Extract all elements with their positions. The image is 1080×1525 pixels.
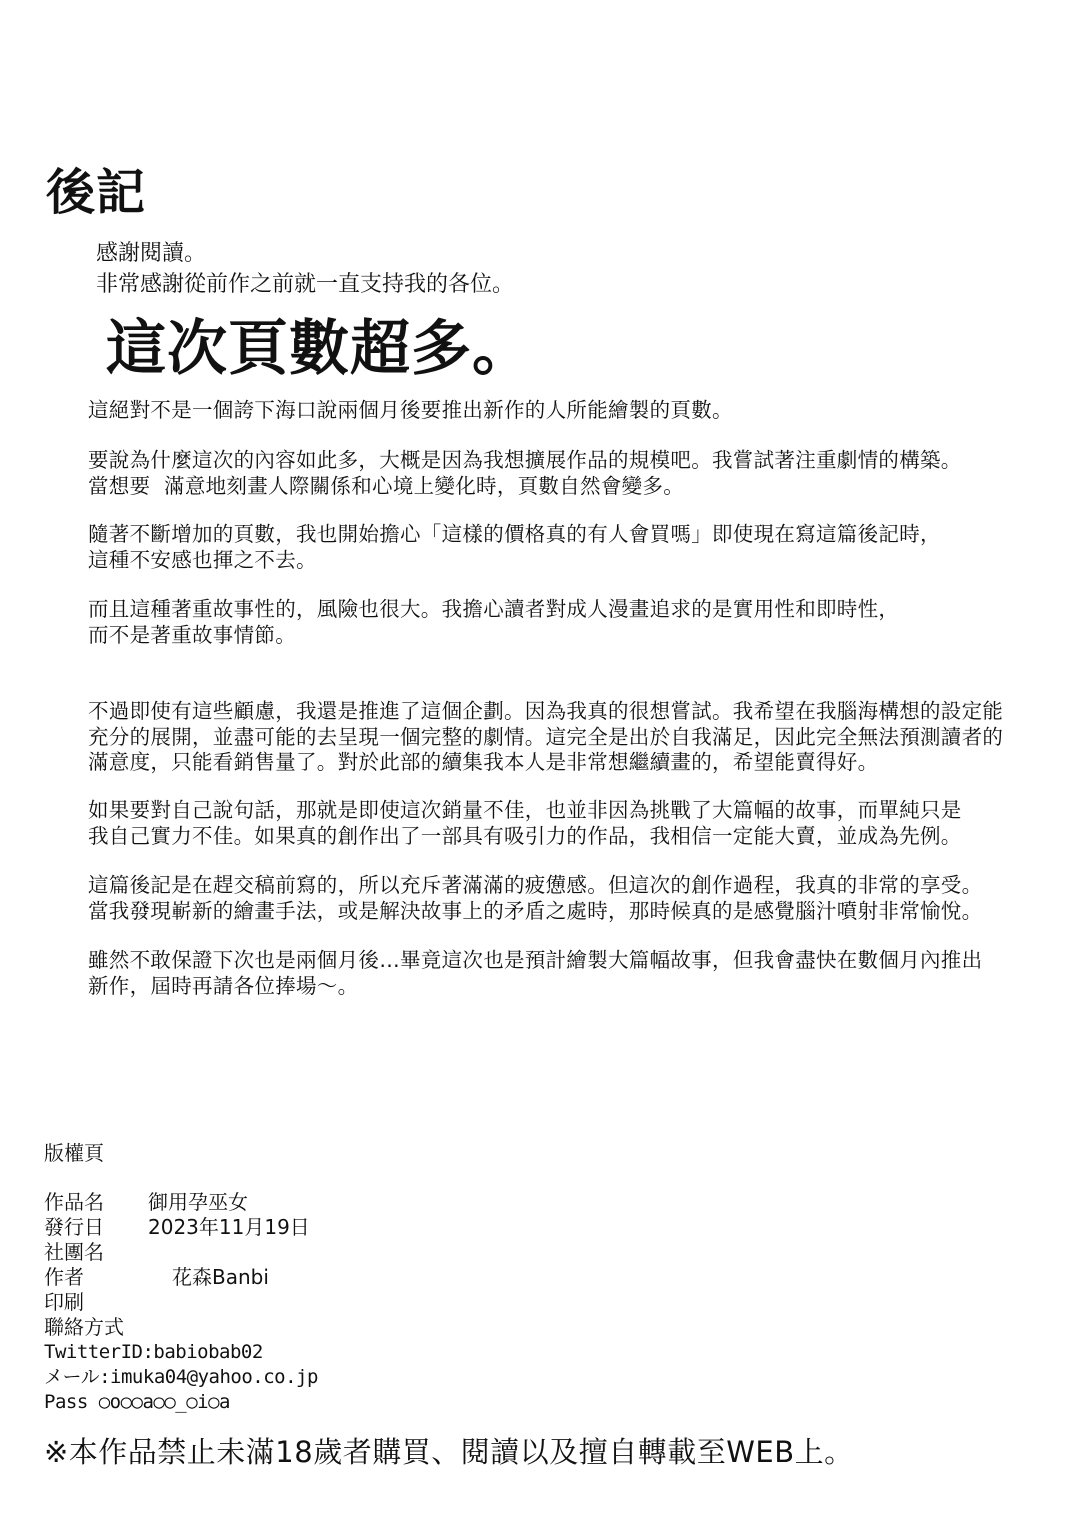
- colophon-row-author: 作者 花森Banbi: [44, 1265, 318, 1290]
- paragraph-6: 如果要對自己說句話，那就是即使這次銷量不佳，也並非因為挑戰了大篇幅的故事，而單純…: [88, 798, 962, 849]
- paragraph-line: 我自己實力不佳。如果真的創作出了一部具有吸引力的作品，我相信一定能大賣，並成為先…: [88, 824, 962, 850]
- colophon-row-date: 發行日 2023年11月19日: [44, 1215, 318, 1240]
- paragraph-line: 充分的展開，並盡可能的去呈現一個完整的劇情。這完全是出於自我滿足，因此完全無法預…: [88, 725, 1003, 751]
- paragraph-line: 要說為什麼這次的內容如此多，大概是因為我想擴展作品的規模吧。我嘗試著注重劇情的構…: [88, 448, 962, 474]
- paragraph-8: 雖然不敢保證下次也是兩個月後…畢竟這次也是預計繪製大篇幅故事，但我會盡快在數個月…: [88, 948, 982, 999]
- thanks-line: 感謝閱讀。: [96, 238, 514, 269]
- colophon-label: 聯絡方式: [44, 1315, 148, 1340]
- paragraph-line: 隨著不斷增加的頁數，我也開始擔心「這樣的價格真的有人會買嗎」即使現在寫這篇後記時…: [88, 522, 941, 548]
- paragraph-2: 要說為什麼這次的內容如此多，大概是因為我想擴展作品的規模吧。我嘗試著注重劇情的構…: [88, 448, 962, 499]
- email-address: メール:imuka04@yahoo.co.jp: [44, 1365, 318, 1390]
- paragraph-line: 當我發現嶄新的繪畫手法，或是解決故事上的矛盾之處時，那時候真的是感覺腦汁噴射非常…: [88, 899, 982, 925]
- twitter-id: TwitterID:babiobab02: [44, 1340, 318, 1365]
- colophon-label: 印刷: [44, 1290, 148, 1315]
- colophon-label: 作者: [44, 1265, 148, 1290]
- pass-text: Pass ○o○○a○○_○i○a: [44, 1390, 318, 1415]
- paragraph-4: 而且這種著重故事性的，風險也很大。我擔心讀者對成人漫畫追求的是實用性和即時性， …: [88, 597, 899, 648]
- paragraph-line: 這篇後記是在趕交稿前寫的，所以充斥著滿滿的疲憊感。但這次的創作過程，我真的非常的…: [88, 873, 982, 899]
- colophon-value: 2023年11月19日: [148, 1215, 310, 1240]
- colophon-value: 花森Banbi: [148, 1265, 269, 1290]
- paragraph-line: 如果要對自己說句話，那就是即使這次銷量不佳，也並非因為挑戰了大篇幅的故事，而單純…: [88, 798, 962, 824]
- paragraph-line: 而不是著重故事情節。: [88, 623, 899, 649]
- page-title: 後記: [46, 160, 146, 224]
- colophon-value: 御用孕巫女: [148, 1190, 248, 1215]
- paragraph-line: 這種不安感也揮之不去。: [88, 548, 941, 574]
- paragraph-line: 而且這種著重故事性的，風險也很大。我擔心讀者對成人漫畫追求的是實用性和即時性，: [88, 597, 899, 623]
- thanks-line: 非常感謝從前作之前就一直支持我的各位。: [96, 269, 514, 300]
- paragraph-line: 當想要 滿意地刻畫人際關係和心境上變化時，頁數自然會變多。: [88, 474, 962, 500]
- colophon-row-circle: 社團名: [44, 1240, 318, 1265]
- colophon-row-contact: 聯絡方式: [44, 1315, 318, 1340]
- paragraph-1: 這絕對不是一個誇下海口說兩個月後要推出新作的人所能繪製的頁數。: [88, 398, 733, 424]
- colophon-table: 作品名 御用孕巫女 發行日 2023年11月19日 社團名 作者 花森Banbi…: [44, 1190, 318, 1415]
- paragraph-7: 這篇後記是在趕交稿前寫的，所以充斥著滿滿的疲憊感。但這次的創作過程，我真的非常的…: [88, 873, 982, 924]
- colophon-row-printing: 印刷: [44, 1290, 318, 1315]
- paragraph-line: 不過即使有這些顧慮，我還是推進了這個企劃。因為我真的很想嘗試。我希望在我腦海構想…: [88, 699, 1003, 725]
- thanks-block: 感謝閱讀。 非常感謝從前作之前就一直支持我的各位。: [96, 238, 514, 300]
- colophon-label: 作品名: [44, 1190, 148, 1215]
- colophon-label: 社團名: [44, 1240, 148, 1265]
- paragraph-line: 雖然不敢保證下次也是兩個月後…畢竟這次也是預計繪製大篇幅故事，但我會盡快在數個月…: [88, 948, 982, 974]
- age-restriction-notice: ※本作品禁止未滿18歲者購買、閱讀以及擅自轉載至WEB上。: [44, 1432, 854, 1472]
- colophon-label: 發行日: [44, 1215, 148, 1240]
- paragraph-3: 隨著不斷增加的頁數，我也開始擔心「這樣的價格真的有人會買嗎」即使現在寫這篇後記時…: [88, 522, 941, 573]
- paragraph-5: 不過即使有這些顧慮，我還是推進了這個企劃。因為我真的很想嘗試。我希望在我腦海構想…: [88, 699, 1003, 776]
- headline: 這次頁數超多。: [106, 312, 533, 386]
- paragraph-line: 新作，屆時再請各位捧場～。: [88, 974, 982, 1000]
- paragraph-line: 這絕對不是一個誇下海口說兩個月後要推出新作的人所能繪製的頁數。: [88, 398, 733, 424]
- colophon-heading: 版權頁: [44, 1140, 104, 1166]
- paragraph-line: 滿意度，只能看銷售量了。對於此部的續集我本人是非常想繼續畫的，希望能賣得好。: [88, 750, 1003, 776]
- colophon-row-title: 作品名 御用孕巫女: [44, 1190, 318, 1215]
